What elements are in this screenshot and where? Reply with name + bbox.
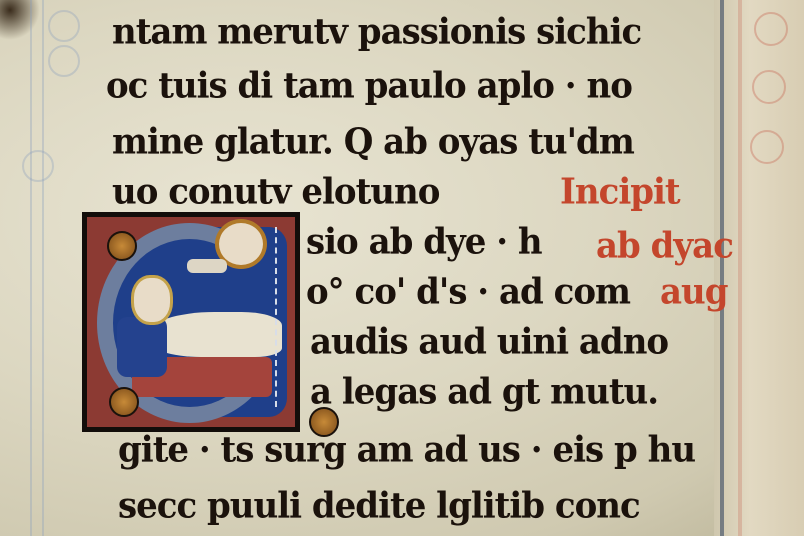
historiated-initial (82, 212, 300, 432)
text-line: oc tuis di tam paulo aplo · no (106, 65, 632, 107)
gold-ornament (309, 407, 339, 437)
angel-hand (187, 259, 227, 273)
text-line: ntam merutv passionis sichic (112, 11, 641, 53)
text-line: audis aud uini adno (310, 321, 668, 363)
text-line: uo conutv elotuno (112, 171, 439, 213)
bed-sheet (147, 312, 282, 357)
rubric-line: ab dyac (596, 225, 733, 267)
text-line: gite · ts surg am ad us · eis p hu (118, 429, 695, 471)
reclining-figure (117, 317, 167, 377)
gold-ornament (109, 387, 139, 417)
rubric-line: aug (660, 271, 728, 313)
gold-ornament (107, 231, 137, 261)
border-decoration (275, 227, 287, 407)
text-line: mine glatur. Q ab oyas tu'dm (112, 121, 634, 163)
figure-head (131, 275, 173, 325)
text-line: a legas ad gt mutu. (310, 371, 658, 413)
rubric-line: Incipit (560, 171, 680, 213)
text-line: sio ab dye · h (306, 221, 542, 263)
text-line: secc puuli dedite lglitib conc (118, 485, 640, 527)
manuscript-page: ntam merutv passionis sichic oc tuis di … (0, 0, 804, 536)
text-line: o° co' d's · ad com (306, 271, 630, 313)
